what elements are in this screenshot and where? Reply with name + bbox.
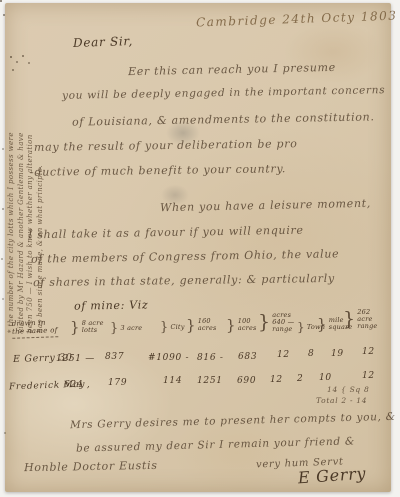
addressee: Honble Doctor Eustis [24,460,158,473]
salutation: Dear Sir, [73,35,133,49]
table-cell: 8 [308,350,314,359]
table-cell: #1090 - [148,354,189,363]
brace-glyph: } [297,320,305,334]
table-column-header: } 3 acre [110,321,142,336]
brace-glyph: } [343,308,355,330]
margin-note-line: has been since made, & on what principle… [36,97,46,333]
table-cell: 816 - [197,354,224,363]
signature: E Gerry [298,466,367,487]
table-header-line: 3 acre [120,325,142,332]
table-header-line: range [357,323,377,330]
table-cell: 624 , [64,381,90,390]
margin-note-line: * the number of the city lotts which I p… [7,97,17,333]
margin-note-line: been 750 — I wish to know whether any al… [26,97,36,333]
brace-glyph: } [110,321,118,336]
table-footnote-line: Total 2 - 14 [316,397,367,405]
scanned-letter: Cambridge 24th Octy 1803 Dear Sir, Eer t… [0,0,400,497]
table-header-line: lotts [82,327,104,334]
table-column-header: } 100acres [226,316,257,334]
table-cell: 2 [297,375,303,384]
table-cell: 114 [163,377,182,386]
table-cell: 12 [270,376,283,385]
table-cell: 1251 — [56,355,95,364]
table-column-header: } 8 acrelotts [70,318,104,336]
table-cell: 12 [362,348,375,357]
table-column-header: } acres640 —range [258,311,294,333]
body-line: -ductive of much benefit to your country… [30,163,286,178]
table-cell: 1251 [197,377,223,386]
table-header-line: range [272,326,294,333]
table-name-header: drawn in the name of [12,318,59,339]
brace-glyph: } [317,315,327,333]
table-column-header: } City [160,320,185,335]
body-line: may the result of your deliberation be p… [34,138,298,153]
table-cell: 12 [362,372,375,381]
table-header-line: City [170,324,184,331]
brace-glyph: } [226,316,236,334]
table-column-header: } 160acres [186,316,217,334]
brace-glyph: } [258,311,270,333]
ink-bleed-specks [0,0,2,2]
table-cell: 683 [238,353,257,362]
margin-note-line: visited by Mr Hazard & another Gentleman… [17,97,27,333]
table-cell: 10 [319,374,332,383]
table-column-header: } 262acrerange [343,308,377,330]
brace-glyph: } [186,316,196,334]
table-header-line: the name of [12,326,58,336]
body-line: of mine: Viz [74,299,149,311]
table-header-line: acres [198,325,217,332]
table-cell: 19 [331,350,344,359]
margin-note: * the number of the city lotts which I p… [7,97,45,333]
table-cell: 12 [277,351,290,360]
table-cell: 837 [105,353,124,362]
brace-glyph: } [70,318,80,336]
brace-glyph: } [160,320,168,335]
table-cell: 179 [108,379,127,388]
table-footnote-line: 14 { Sq 8 [327,386,369,394]
table-header-line: acres [238,325,257,332]
table-cell: 690 [237,377,256,386]
